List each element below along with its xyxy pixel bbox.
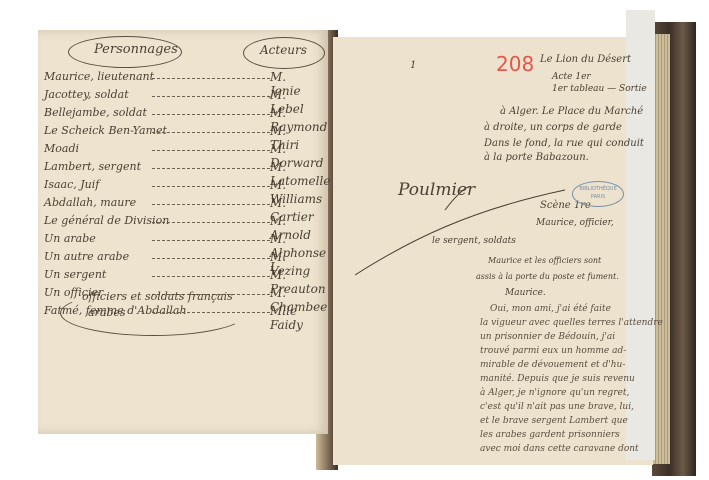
library-stamp: BIBLIOTHÈQUE PARIS	[572, 181, 624, 207]
scene-characters: Maurice, officier,	[536, 218, 614, 228]
role: Le général de Division	[44, 214, 169, 227]
leader-dots	[152, 78, 270, 79]
speech-line: la vigueur avec quelles terres l'attendr…	[480, 318, 663, 328]
footer-bracket	[60, 290, 247, 336]
folio-number: 208	[496, 52, 534, 76]
role: Maurice, lieutenant	[44, 70, 154, 83]
scene-characters: le sergent, soldats	[432, 236, 516, 246]
leader-dots	[152, 258, 270, 259]
leader-dots	[152, 240, 270, 241]
leader-dots	[152, 186, 270, 187]
speech-line: un prisonnier de Bédouin, j'ai	[480, 332, 615, 342]
speech-line: Oui, mon ami, j'ai été faite	[490, 304, 611, 314]
role: Bellejambe, soldat	[44, 106, 147, 119]
leader-dots	[152, 204, 270, 205]
actors-header: Acteurs	[260, 43, 307, 57]
cast-row: Le général de DivisionM. Arnold	[44, 214, 314, 232]
page-mark: 1	[410, 60, 416, 71]
role: Un autre arabe	[44, 250, 129, 263]
speech-line: trouvé parmi eux un homme ad-	[480, 346, 626, 356]
role: Abdallah, maure	[44, 196, 136, 209]
signature-flourish	[350, 180, 570, 280]
setting-line: à Alger. Le Place du Marché	[500, 106, 643, 117]
speech-line: manité. Depuis que je suis revenu	[480, 374, 635, 384]
cast-row: Lambert, sergentM. Latomelle	[44, 160, 314, 178]
cast-row: MoadiM. Dorward	[44, 142, 314, 160]
speech-line: avec moi dans cette caravane dont	[480, 444, 639, 454]
cast-row: Un arabeM. Alphonse L.	[44, 232, 314, 250]
role: Un arabe	[44, 232, 96, 245]
setting-line: à la porte Babazoun.	[484, 152, 589, 163]
stage-direction: assis à la porte du poste et fument.	[476, 272, 619, 281]
speech-line: c'est qu'il n'ait pas une brave, lui,	[480, 402, 634, 412]
speech-line: à Alger, je n'ignore qu'un regret,	[480, 388, 629, 398]
cast-row: Le Scheick Ben-YametM. Thiri	[44, 124, 314, 142]
cast-row: Maurice, lieutenantM. Jenie	[44, 70, 314, 88]
leader-dots	[152, 222, 270, 223]
title-note: Le Lion du Désert	[540, 54, 631, 65]
cast-row: Abdallah, maureM. Cartier	[44, 196, 314, 214]
stage-direction: Maurice et les officiers sont	[488, 256, 601, 265]
leader-dots	[152, 96, 270, 97]
cast-row: Bellejambe, soldatM. Raymond	[44, 106, 314, 124]
actor: Mlle Faidy	[270, 304, 314, 332]
setting-line: à droite, un corps de garde	[484, 122, 622, 133]
characters-header: Personnages	[94, 42, 178, 57]
speech-line: les arabes gardent prisonniers	[480, 430, 620, 440]
speech-line: mirable de dévouement et d'hu-	[480, 360, 625, 370]
inserted-paper-strip	[626, 10, 655, 460]
role: Un sergent	[44, 268, 106, 281]
role: Moadi	[44, 142, 79, 155]
speech-line: et le brave sergent Lambert que	[480, 416, 628, 426]
speaker-name: Maurice.	[505, 288, 546, 298]
leader-dots	[152, 276, 270, 277]
act-note: Acte 1er	[552, 72, 591, 82]
cast-row: Un sergentM. Preauton	[44, 268, 314, 286]
leader-dots	[152, 132, 270, 133]
cast-row: Isaac, JuifM. Williams	[44, 178, 314, 196]
cast-row: Un autre arabeM. Vezing	[44, 250, 314, 268]
role: Isaac, Juif	[44, 178, 99, 191]
tableau-note: 1er tableau — Sortie	[552, 84, 647, 94]
setting-line: Dans le fond, la rue qui conduit	[484, 138, 644, 149]
leader-dots	[152, 150, 270, 151]
cast-row: Jacottey, soldatM. Lebel	[44, 88, 314, 106]
role: Lambert, sergent	[44, 160, 141, 173]
leader-dots	[152, 168, 270, 169]
leader-dots	[152, 114, 270, 115]
role: Le Scheick Ben-Yamet	[44, 124, 167, 137]
role: Jacottey, soldat	[44, 88, 129, 101]
